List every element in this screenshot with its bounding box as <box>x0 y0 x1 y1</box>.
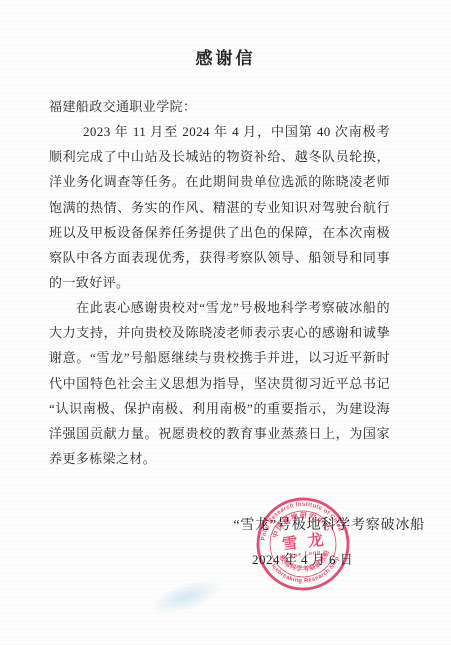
body-line: 谢意。“雪龙”号船愿继续与贵校携手并进，以习近平新时 <box>49 345 390 370</box>
body-line: 大力支持，并向贵校及陈晓凌老师表示衷心的感谢和诚挚的 <box>49 320 390 345</box>
salutation: 福建船政交通职业学院： <box>49 94 390 119</box>
body-line: 察队中各方面表现优秀，获得考察队领导、船领导和同事们 <box>49 245 390 270</box>
body-line: 在此衷心感谢贵校对“雪龙”号极地科学考察破冰船的 <box>49 295 390 320</box>
letter-title: 感谢信 <box>0 44 451 69</box>
body-line: 洋强国贡献力量。祝愿贵校的教育事业蒸蒸日上，为国家培 <box>49 421 390 446</box>
body-line: 洋业务化调查等任务。在此期间贵单位选派的陈晓凌老师以 <box>49 169 390 194</box>
body-line: 代中国特色社会主义思想为指导，坚决贯彻习近平总书记 <box>49 371 390 396</box>
body-line: 养更多栋梁之材。 <box>49 446 390 471</box>
scan-smudge <box>146 573 226 621</box>
body-line: “认识南极、保护南极、利用南极”的重要指示，为建设海 <box>49 396 390 421</box>
official-seal-stamp: Polar Research Institute of China Icebre… <box>251 492 356 597</box>
body-line: 的一致好评。 <box>49 270 390 295</box>
letter-page: 感谢信 福建船政交通职业学院： 2023 年 11 月至 2024 年 4 月，… <box>0 0 451 645</box>
body-line: 2023 年 11 月至 2024 年 4 月，中国第 40 次南极考察队 <box>49 119 390 144</box>
body-line: 班以及甲板设备保养任务提供了出色的保障，在本次南极考 <box>49 220 390 245</box>
letter-body: 福建船政交通职业学院： 2023 年 11 月至 2024 年 4 月，中国第 … <box>49 94 390 471</box>
body-line: 顺利完成了中山站及长城站的物资补给、越冬队员轮换，大 <box>49 144 390 169</box>
seal-graphic: Polar Research Institute of China Icebre… <box>251 492 356 597</box>
body-line: 饱满的热情、务实的作风、精湛的专业知识对驾驶台航行值 <box>49 195 390 220</box>
